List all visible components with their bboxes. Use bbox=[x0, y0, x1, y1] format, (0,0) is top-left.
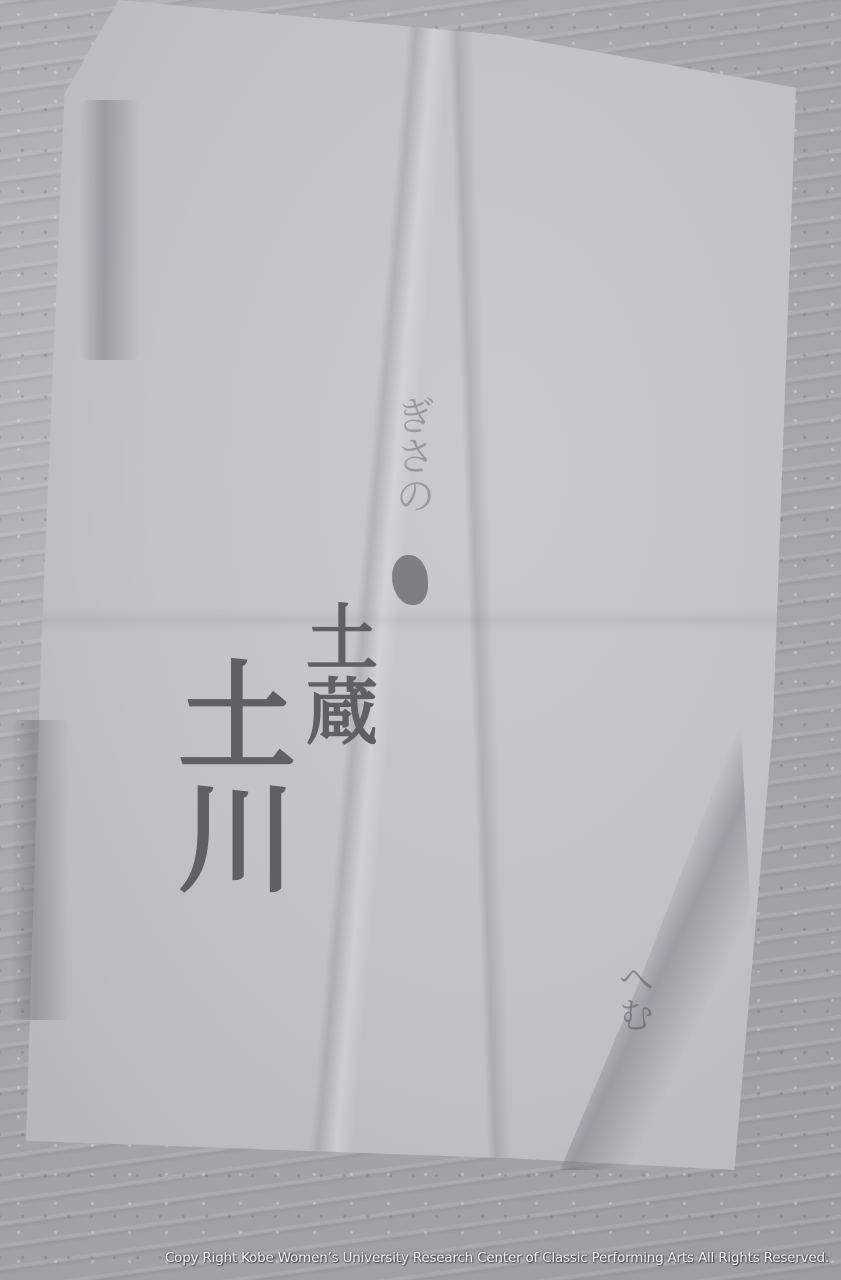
faint-handwriting-column: ぎさの bbox=[392, 395, 432, 515]
calligraphy-title-main: 土川 bbox=[168, 655, 286, 899]
binding-string-bottom bbox=[10, 720, 70, 1020]
calligraphy-title-side: 土蔵 bbox=[300, 600, 372, 748]
copyright-watermark: Copy Right Kobe Women’s University Resea… bbox=[165, 1250, 829, 1266]
binding-string-top bbox=[80, 100, 140, 360]
fold-handwriting: へむ bbox=[615, 960, 651, 1032]
